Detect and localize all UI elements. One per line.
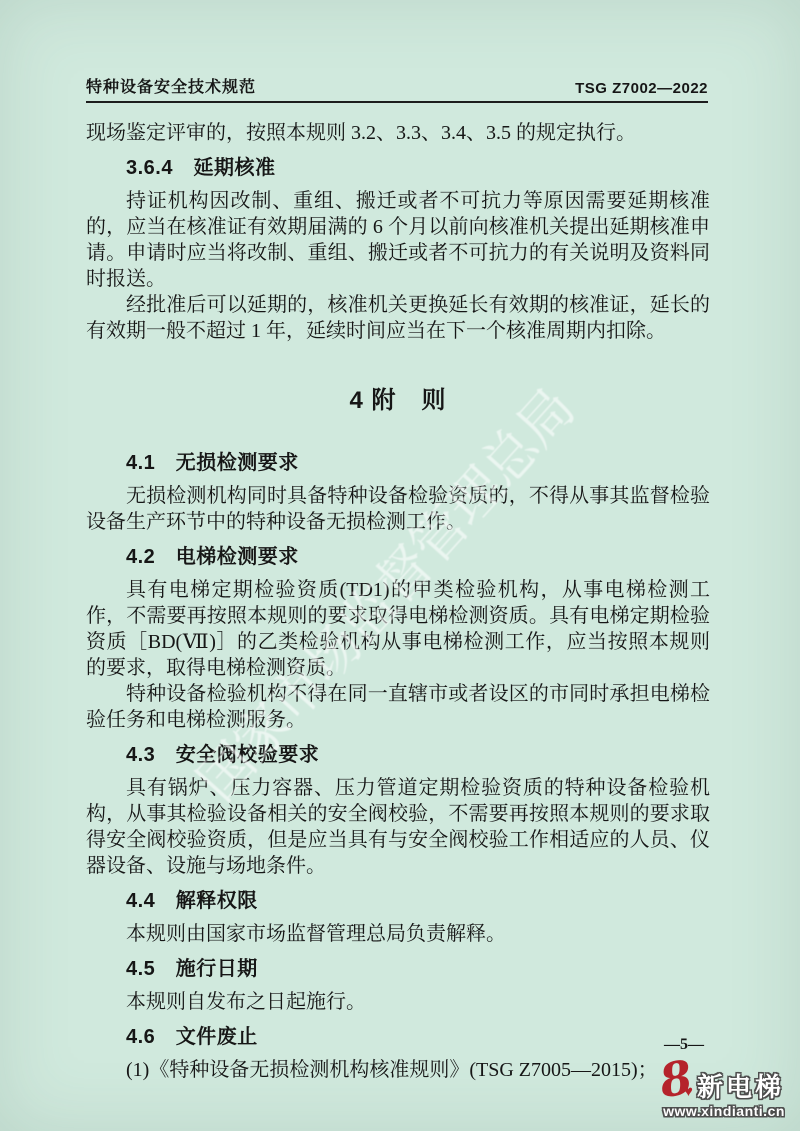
heading-4-1: 4.1 无损检测要求 [86,450,710,476]
heading-4-2: 4.2 电梯检测要求 [86,544,710,570]
para-4-2-2: 特种设备检验机构不得在同一直辖市或者设区的市同时承担电梯检验任务和电梯检测服务。 [86,681,710,733]
para-4-3: 具有锅炉、压力容器、压力管道定期检验资质的特种设备检验机构，从事其检验设备相关的… [86,775,710,879]
logo-row: 8♥ 新电梯 [648,1056,800,1102]
heading-4-6: 4.6 文件废止 [86,1024,710,1050]
document-page: 特种设备安全技术规范 TSG Z7002—2022 现场鉴定评审的，按照本规则 … [0,0,800,1131]
document-body: 现场鉴定评审的，按照本规则 3.2、3.3、3.4、3.5 的规定执行。3.6.… [86,120,710,1083]
logo-brand-name: 新电梯 [697,1073,784,1102]
para-4-2-1: 具有电梯定期检验资质(TD1)的甲类检验机构，从事电梯检测工作，不需要再按照本规… [86,577,710,681]
para-3-6-4-2: 经批准后可以延期的，核准机关更换延长有效期的核准证，延长的有效期一般不超过 1 … [86,292,710,344]
para-4-4: 本规则由国家市场监督管理总局负责解释。 [86,921,710,947]
header-doc-number: TSG Z7002—2022 [575,80,708,97]
heading-4-5: 4.5 施行日期 [86,956,710,982]
header-doc-category: 特种设备安全技术规范 [86,74,256,97]
para-4-6-item-1: (1)《特种设备无损检测机构核准规则》(TSG Z7005—2015)； [86,1057,710,1083]
heading-3-6-4: 3.6.4 延期核准 [86,155,710,181]
page-header: 特种设备安全技术规范 TSG Z7002—2022 [86,74,708,103]
publisher-logo: 8♥ 新电梯 www.xindianti.cn [648,1056,800,1119]
heading-4-4: 4.4 解释权限 [86,888,710,914]
heart-icon: ♥ [684,1084,693,1099]
para-3-6-4-1: 持证机构因改制、重组、搬迁或者不可抗力等原因需要延期核准的，应当在核准证有效期届… [86,188,710,292]
chapter-4-title: 4 附 则 [86,385,710,417]
para-continuation: 现场鉴定评审的，按照本规则 3.2、3.3、3.4、3.5 的规定执行。 [86,120,710,146]
para-4-1: 无损检测机构同时具备特种设备检验资质的，不得从事其监督检验设备生产环节中的特种设… [86,483,710,535]
para-4-5: 本规则自发布之日起施行。 [86,989,710,1015]
heading-4-3: 4.3 安全阀校验要求 [86,742,710,768]
